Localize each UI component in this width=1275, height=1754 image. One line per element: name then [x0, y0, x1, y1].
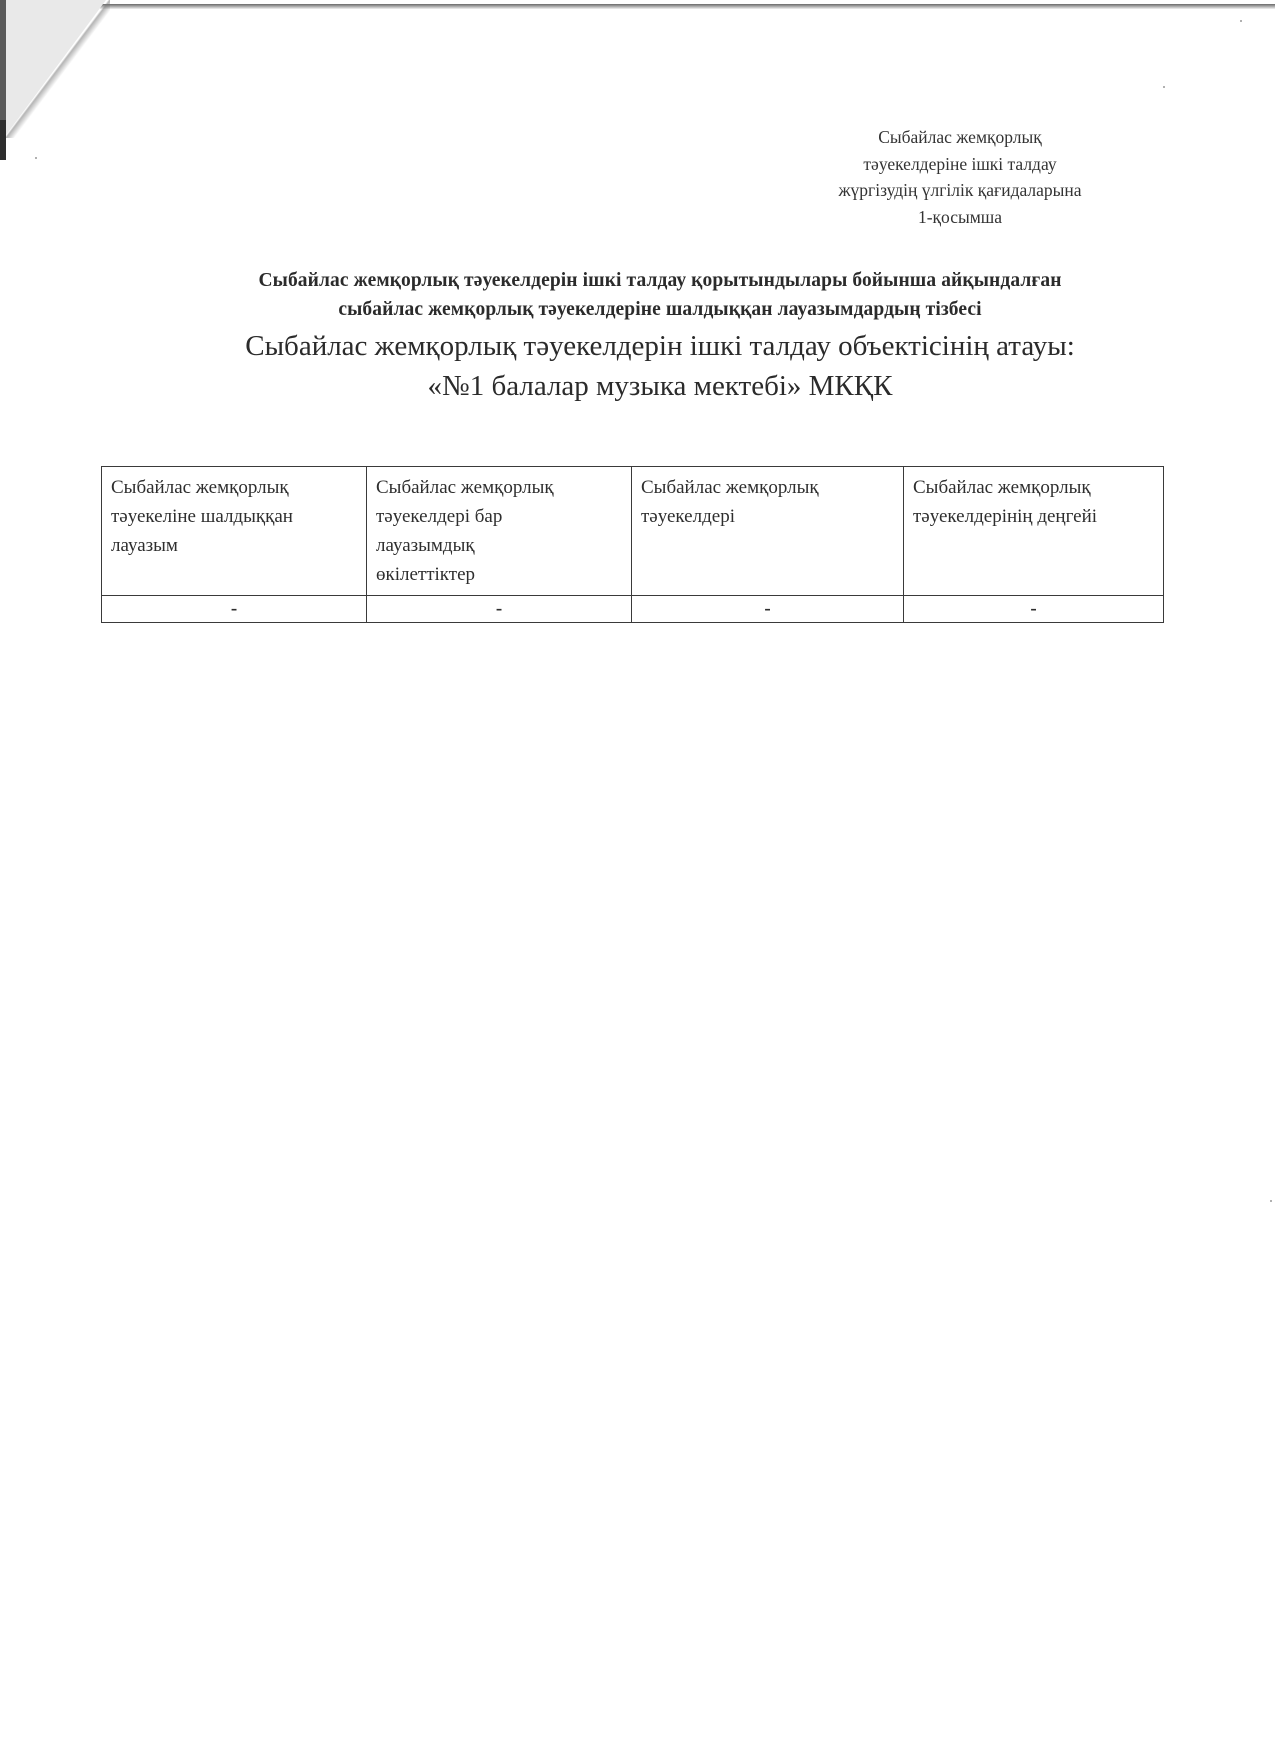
scan-speck	[1270, 1200, 1272, 1202]
table-row: - - - -	[102, 596, 1164, 623]
table-cell-authorities: -	[367, 596, 632, 623]
analysis-object: Сыбайлас жемқорлық тәуекелдерін ішкі тал…	[140, 326, 1180, 406]
table-header-row: Сыбайлас жемқорлық тәуекеліне шалдыққан …	[102, 467, 1164, 596]
column-header-authorities: Сыбайлас жемқорлық тәуекелдері бар лауаз…	[367, 467, 632, 596]
scan-top-edge	[100, 4, 1275, 9]
folded-page-corner	[6, 0, 106, 135]
header-line: өкілеттіктер	[376, 560, 623, 589]
scan-speck	[1163, 86, 1165, 88]
header-line: тәуекелдерінің деңгейі	[913, 502, 1155, 531]
document-title: Сыбайлас жемқорлық тәуекелдерін ішкі тал…	[140, 266, 1180, 324]
header-line: тәуекеліне шалдыққан	[111, 502, 358, 531]
analysis-object-name: «№1 балалар музыка мектебі» МКҚК	[140, 366, 1180, 406]
header-line: лауазымдық	[376, 531, 623, 560]
corruption-risk-positions-table: Сыбайлас жемқорлық тәуекеліне шалдыққан …	[101, 466, 1164, 623]
document-title-line: Сыбайлас жемқорлық тәуекелдерін ішкі тал…	[140, 266, 1180, 295]
header-line: Сыбайлас жемқорлық	[913, 473, 1155, 502]
header-line: Сыбайлас жемқорлық	[376, 473, 623, 502]
table-cell-position: -	[102, 596, 367, 623]
appendix-number: 1-қосымша	[760, 204, 1160, 231]
scan-speck	[1240, 20, 1242, 22]
header-line: Сыбайлас жемқорлық	[641, 473, 895, 502]
table-cell-risk-level: -	[904, 596, 1164, 623]
table-cell-risks: -	[632, 596, 904, 623]
scan-speck	[35, 157, 37, 159]
analysis-object-label: Сыбайлас жемқорлық тәуекелдерін ішкі тал…	[140, 326, 1180, 366]
document-title-line: сыбайлас жемқорлық тәуекелдеріне шалдыққ…	[140, 295, 1180, 324]
header-line: лауазым	[111, 531, 358, 560]
header-line: тәуекелдері бар	[376, 502, 623, 531]
column-header-risks: Сыбайлас жемқорлық тәуекелдері	[632, 467, 904, 596]
appendix-line: Сыбайлас жемқорлық	[760, 124, 1160, 151]
header-line: тәуекелдері	[641, 502, 895, 531]
header-line: Сыбайлас жемқорлық	[111, 473, 358, 502]
column-header-position: Сыбайлас жемқорлық тәуекеліне шалдыққан …	[102, 467, 367, 596]
appendix-line: жүргізудің үлгілік қағидаларына	[760, 177, 1160, 204]
appendix-line: тәуекелдеріне ішкі талдау	[760, 151, 1160, 178]
appendix-reference: Сыбайлас жемқорлық тәуекелдеріне ішкі та…	[760, 124, 1160, 230]
column-header-risk-level: Сыбайлас жемқорлық тәуекелдерінің деңгей…	[904, 467, 1164, 596]
